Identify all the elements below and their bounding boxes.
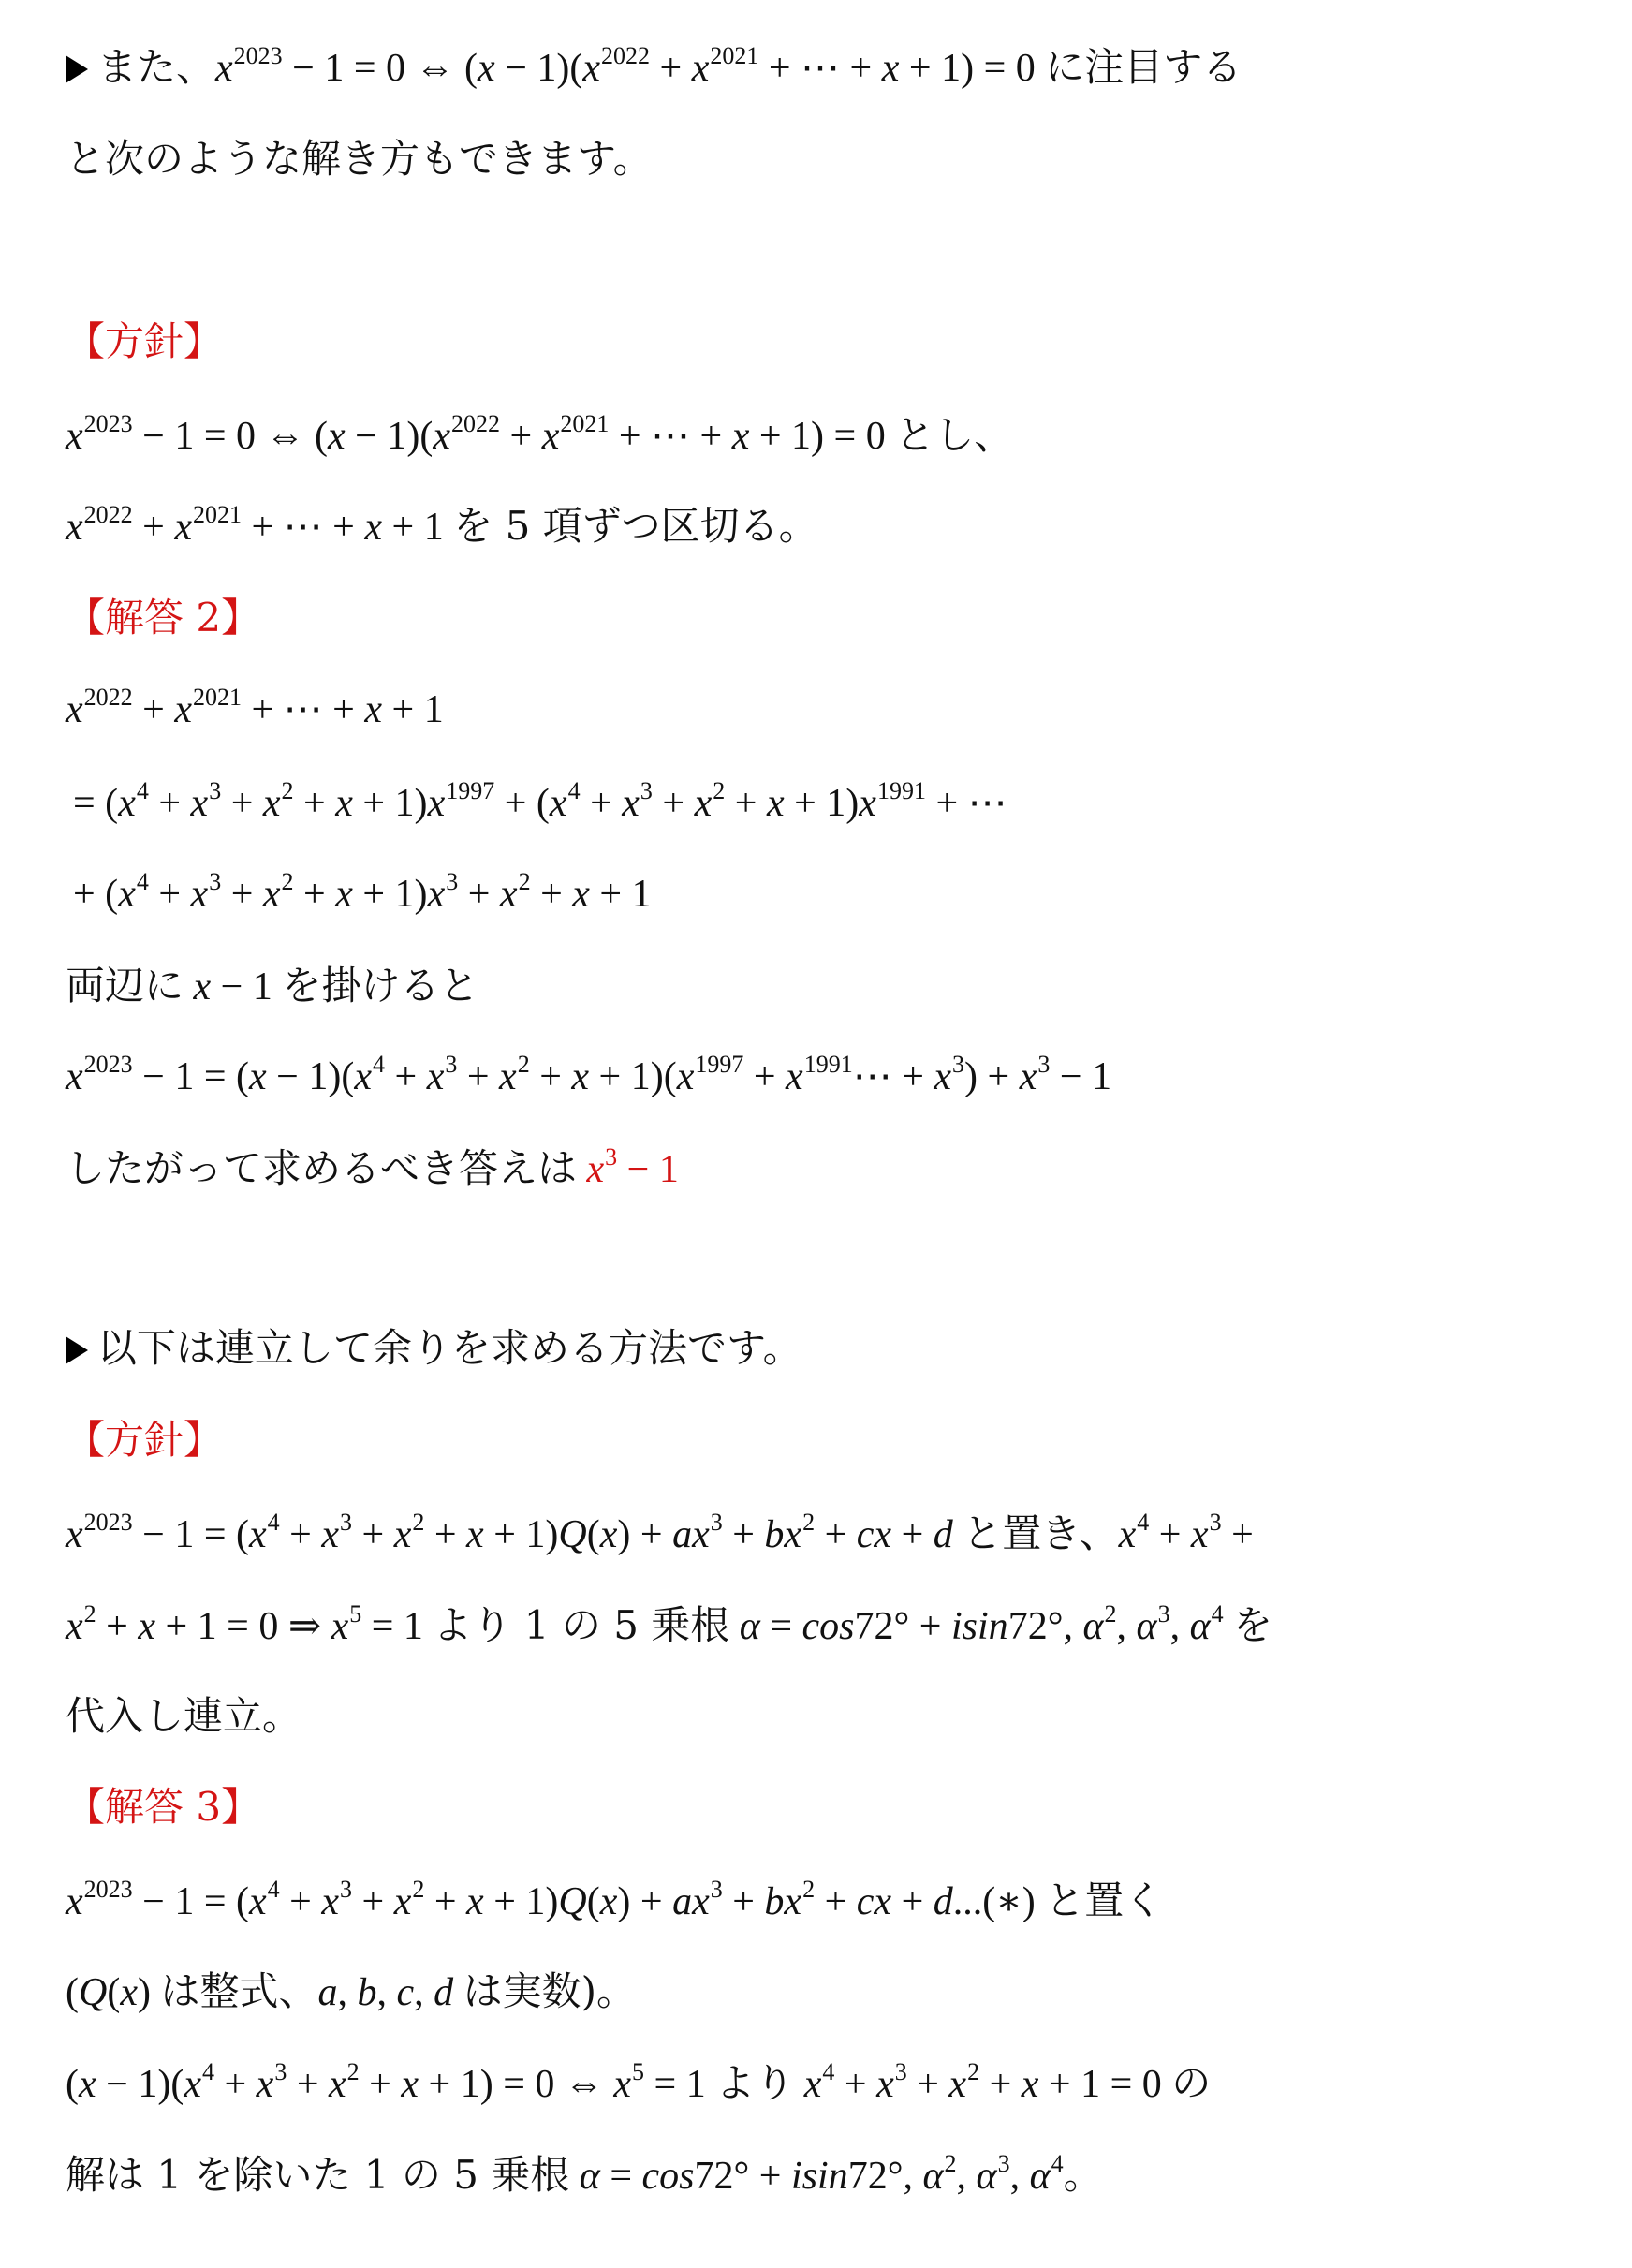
answer2-line1: x2022 + x2021 + ⋯ + x + 1	[66, 682, 444, 738]
answer3-line1: x2023 − 1 = (x4 + x3 + x2 + x + 1)Q(x) +…	[66, 1873, 1163, 1929]
answer3-equation: x2023 − 1 = (x4 + x3 + x2 + x + 1)Q(x) +…	[66, 1880, 1045, 1923]
line4-suffix: を掛けると	[282, 963, 478, 1009]
conclusion-answer: x3 − 1	[577, 1148, 679, 1191]
answer2-line3: + (x4 + x3 + x2 + x + 1)x3 + x2 + x + 1	[73, 866, 652, 922]
answer2-line4: 両辺に x − 1 を掛けると	[66, 958, 478, 1014]
plan-label: 【方針】	[66, 314, 223, 370]
right-triangle-icon	[66, 55, 88, 83]
answer3-line3-tail: x4 + x3 + x2 + x + 1 = 0	[794, 2063, 1171, 2106]
plan3-mid: と置き、	[963, 1510, 1118, 1556]
plan3-line2: x2 + x + 1 = 0 ⇒ x5 = 1 より 1 の 5 乗根 α = …	[66, 1598, 1272, 1654]
answer3-line3-math: (x − 1)(x4 + x3 + x2 + x + 1) = 0 ⇔ x5 =…	[66, 2063, 715, 2106]
right-triangle-icon	[66, 1336, 88, 1364]
plan2-line2-suffix: を 5 項ずつ区切る。	[453, 503, 817, 549]
plan2-line1: x2023 − 1 = 0 ⇔ (x − 1)(x2022 + x2021 + …	[66, 407, 1013, 464]
plan3-line3: 代入し連立。	[66, 1688, 301, 1745]
plan3-tail: x4 + x3 +	[1119, 1513, 1254, 1556]
answer3-roots: α = cos72° + isin72°, α2, α3, α4	[569, 2155, 1063, 2198]
plan3-equation: x2023 − 1 = (x4 + x3 + x2 + x + 1)Q(x) +…	[66, 1513, 963, 1556]
section1-intro-line2: と次のような解き方もできます。	[66, 131, 653, 187]
line4-prefix: 両辺に	[66, 963, 184, 1009]
section2-intro-text: 以下は連立して余りを求める方法です。	[97, 1325, 802, 1371]
answer3-line3-mid: より	[715, 2060, 794, 2106]
answer3-line4-prefix: 解は 1 を除いた 1 の 5 乗根	[66, 2152, 569, 2198]
answer3-line1-suffix: と置く	[1045, 1878, 1163, 1923]
answer3-label: 【解答 3】	[66, 1779, 260, 1835]
plan3-roots: α = cos72° + isin72°, α2, α3, α4	[729, 1605, 1233, 1648]
intro-equation: x2023 − 1 = 0 ⇔ (x − 1)(x2022 + x2021 + …	[215, 47, 1045, 90]
answer2-line5: x2023 − 1 = (x − 1)(x4 + x3 + x2 + x + 1…	[66, 1049, 1111, 1105]
plan3-label: 【方針】	[66, 1412, 223, 1468]
answer3-line3-suffix: の	[1171, 2060, 1211, 2106]
line4-math: x − 1	[184, 965, 282, 1009]
answer2-label: 【解答 2】	[66, 590, 260, 646]
q-desc: は整式、	[161, 1968, 318, 2014]
plan2-suffix: とし、	[895, 412, 1013, 458]
plan3-line2-mid: より 1 の 5 乗根	[433, 1602, 729, 1648]
plan3-line2-math: x2 + x + 1 = 0 ⇒ x5 = 1	[66, 1605, 433, 1648]
answer3-line4: 解は 1 を除いた 1 の 5 乗根 α = cos72° + isin72°,…	[66, 2147, 1103, 2203]
coeffs: a, b, c, d	[318, 1971, 463, 2014]
plan3-line1: x2023 − 1 = (x4 + x3 + x2 + x + 1)Q(x) +…	[66, 1506, 1254, 1562]
coeffs-desc: は実数)。	[463, 1968, 636, 2014]
answer3-line4-suffix: 。	[1064, 2152, 1103, 2198]
q-def: (Q(x)	[66, 1971, 161, 2014]
answer3-line3: (x − 1)(x4 + x3 + x2 + x + 1) = 0 ⇔ x5 =…	[66, 2055, 1211, 2112]
answer3-line2: (Q(x) は整式、a, b, c, d は実数)。	[66, 1964, 636, 2020]
intro-suffix: に注目する	[1045, 44, 1242, 90]
section1-intro-line1: また、x2023 − 1 = 0 ⇔ (x − 1)(x2022 + x2021…	[66, 39, 1242, 96]
plan3-line2-suffix: を	[1233, 1602, 1272, 1648]
answer2-line2: = (x4 + x3 + x2 + x + 1)x1997 + (x4 + x3…	[73, 775, 1007, 832]
plan2-polynomial: x2022 + x2021 + ⋯ + x + 1	[66, 506, 453, 549]
section2-intro: 以下は連立して余りを求める方法です。	[66, 1320, 802, 1377]
answer2-conclusion: したがって求めるべき答えは x3 − 1	[66, 1141, 679, 1197]
plan2-equation: x2023 − 1 = 0 ⇔ (x − 1)(x2022 + x2021 + …	[66, 415, 895, 458]
plan2-line2: x2022 + x2021 + ⋯ + x + 1 を 5 項ずつ区切る。	[66, 498, 818, 554]
conclusion-prefix: したがって求めるべき答えは	[66, 1145, 577, 1191]
intro-prefix: また、	[97, 44, 215, 90]
